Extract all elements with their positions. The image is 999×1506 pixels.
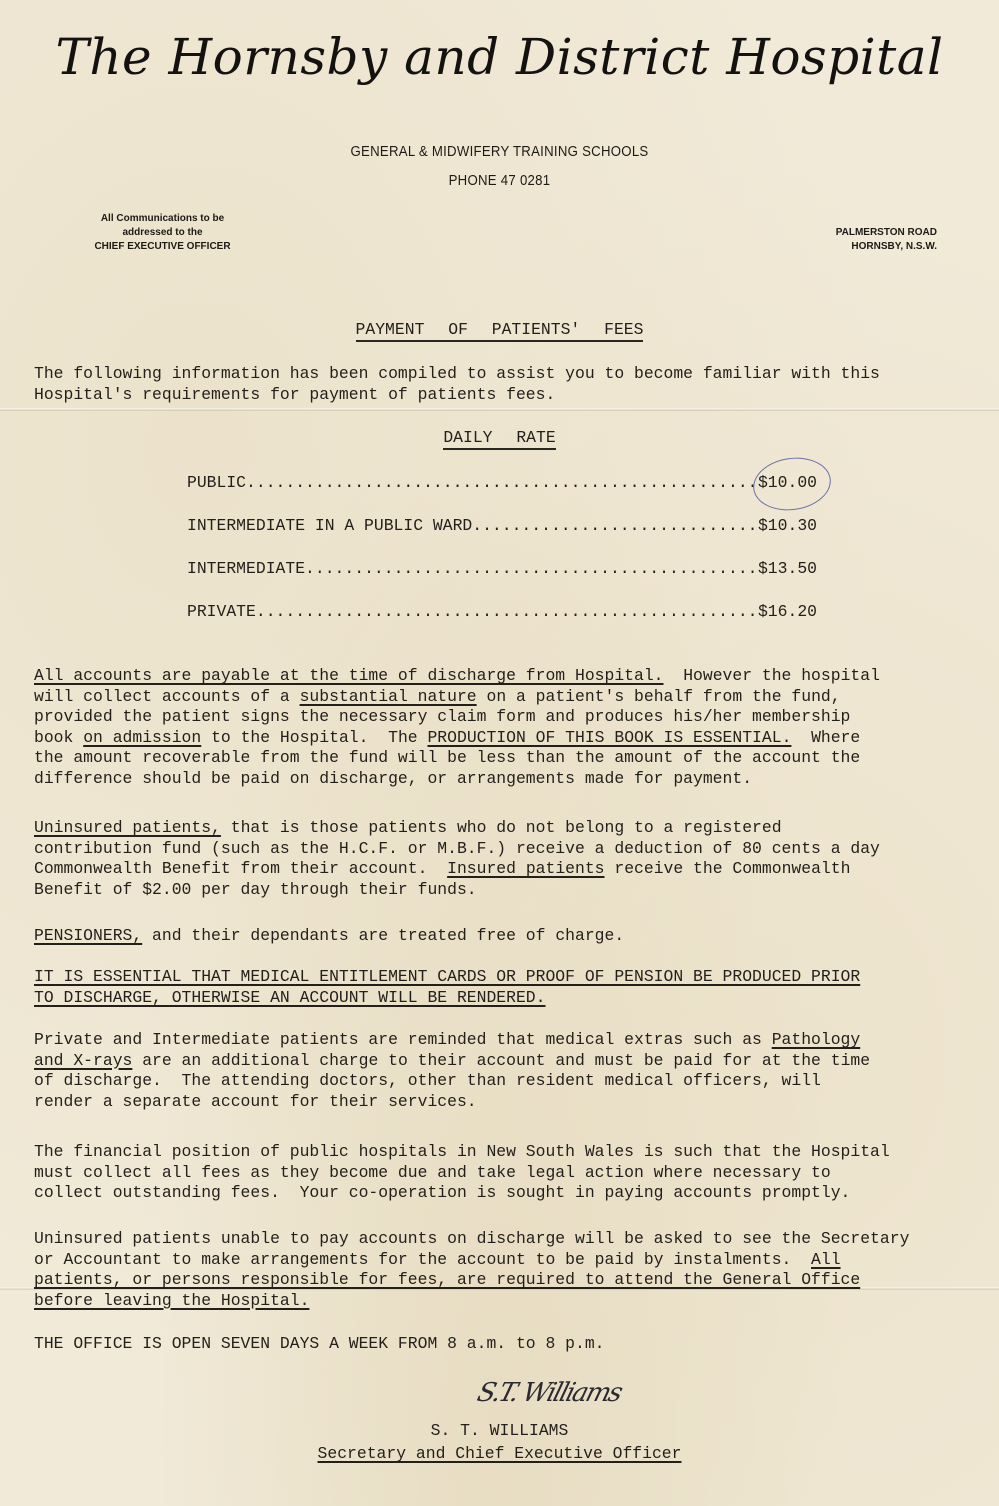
emphasis: All accounts are payable at the time of … (34, 666, 664, 685)
signer-title-wrap: Secretary and Chief Executive Officer (0, 1444, 999, 1463)
financial-paragraph: The financial position of public hospita… (34, 1142, 969, 1204)
rate-value: $13.50 (758, 559, 817, 578)
hospital-name: The Hornsby and District Hospital (0, 28, 999, 86)
pen-circle-annotation (750, 453, 834, 515)
address-line: PALMERSTON ROAD (836, 226, 937, 240)
intro-paragraph: The following information has been compi… (34, 364, 969, 405)
rate-value: $10.30 (758, 516, 817, 535)
rate-label: PUBLIC (187, 473, 246, 492)
emphasis: PRODUCTION OF THIS BOOK IS ESSENTIAL. (427, 728, 791, 747)
office-hours: THE OFFICE IS OPEN SEVEN DAYS A WEEK FRO… (34, 1334, 969, 1355)
dot-leader (246, 473, 758, 492)
phone-number: PHONE 47 0281 (60, 172, 939, 189)
pensioners-paragraph: PENSIONERS, and their dependants are tre… (34, 926, 969, 947)
extras-paragraph: Private and Intermediate patients are re… (34, 1030, 969, 1112)
emphasis: Uninsured patients, (34, 818, 221, 837)
training-schools: GENERAL & MIDWIFERY TRAINING SCHOOLS (60, 143, 939, 160)
paper-fold (0, 408, 999, 411)
text: are an additional charge to their accoun… (34, 1051, 870, 1111)
communications-line: addressed to the (60, 226, 265, 240)
dot-leader (472, 516, 758, 535)
rate-row-public: PUBLIC $10.00 (187, 473, 817, 492)
dot-leader (305, 559, 758, 578)
essential-notice: IT IS ESSENTIAL THAT MEDICAL ENTITLEMENT… (34, 967, 969, 1008)
instalments-paragraph: Uninsured patients unable to pay account… (34, 1229, 969, 1311)
communications-line: CHIEF EXECUTIVE OFFICER (60, 240, 265, 254)
daily-rate-heading: DAILY RATE (0, 428, 999, 447)
rate-row-private: PRIVATE $16.20 (187, 602, 817, 621)
rate-value: $16.20 (758, 602, 817, 621)
address-line: HORNSBY, N.S.W. (836, 240, 937, 254)
text: Uninsured patients unable to pay account… (34, 1229, 909, 1269)
signer-title: Secretary and Chief Executive Officer (318, 1444, 682, 1463)
text: and their dependants are treated free of… (142, 926, 624, 945)
signer-name: S. T. WILLIAMS (0, 1421, 999, 1440)
communications-line: All Communications to be (60, 212, 265, 226)
heading-text: PAYMENT OF PATIENTS' FEES (356, 320, 644, 342)
rate-label: PRIVATE (187, 602, 256, 621)
emphasis: PENSIONERS, (34, 926, 142, 945)
communications-note: All Communications to be addressed to th… (60, 212, 265, 254)
document-heading: PAYMENT OF PATIENTS' FEES (0, 320, 999, 339)
rate-row-intermediate-public-ward: INTERMEDIATE IN A PUBLIC WARD $10.30 (187, 516, 817, 535)
dot-leader (256, 602, 758, 621)
rate-label: INTERMEDIATE IN A PUBLIC WARD (187, 516, 472, 535)
emphasis: on admission (83, 728, 201, 747)
handwritten-signature: S.T. Williams (474, 1378, 624, 1408)
rate-row-intermediate: INTERMEDIATE $13.50 (187, 559, 817, 578)
hospital-address: PALMERSTON ROAD HORNSBY, N.S.W. (836, 226, 937, 254)
emphasis: Insured patients (447, 859, 604, 878)
accounts-paragraph: All accounts are payable at the time of … (34, 666, 969, 790)
uninsured-paragraph: Uninsured patients, that is those patien… (34, 818, 969, 900)
daily-rate-heading-text: DAILY RATE (443, 428, 555, 450)
rate-label: INTERMEDIATE (187, 559, 305, 578)
emphasis: substantial nature (300, 687, 477, 706)
text: Private and Intermediate patients are re… (34, 1030, 772, 1049)
text: to the Hospital. The (201, 728, 427, 747)
emphasis: IT IS ESSENTIAL THAT MEDICAL ENTITLEMENT… (34, 967, 860, 1007)
